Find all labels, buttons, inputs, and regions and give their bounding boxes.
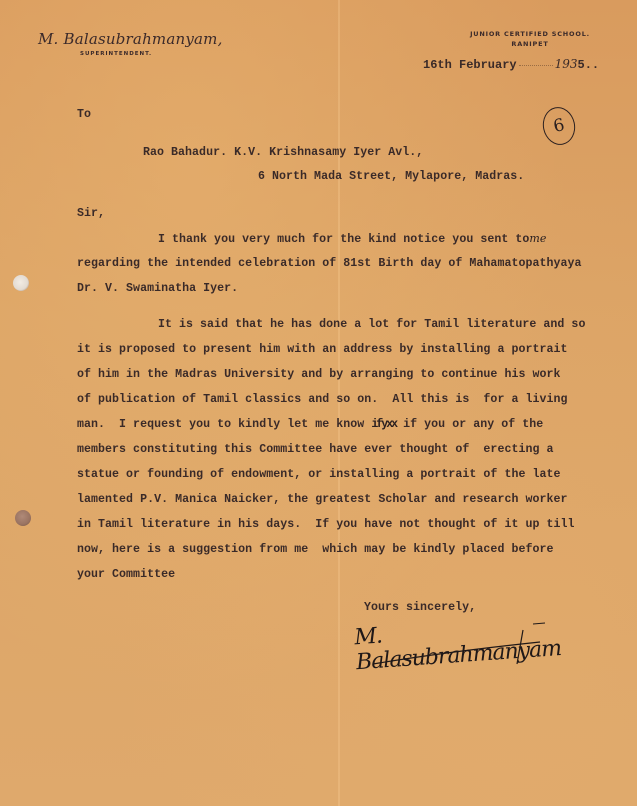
institution-name: JUNIOR CERTIFIED SCHOOL.: [470, 29, 590, 39]
valediction: Yours sincerely,: [364, 601, 476, 614]
struck-out-text: ifyxx: [371, 418, 396, 431]
to-label: To: [77, 108, 91, 121]
recipient-address: 6 North Mada Street, Mylapore, Madras.: [258, 170, 524, 183]
body-text: I thank you very much for the kind notic…: [158, 233, 529, 246]
handwritten-insert: me: [529, 232, 546, 245]
body-line: now, here is a suggestion from me which …: [77, 543, 554, 556]
body-line: I thank you very much for the kind notic…: [158, 232, 546, 246]
body-line: Dr. V. Swaminatha Iyer.: [77, 282, 238, 295]
body-line: regarding the intended celebration of 81…: [77, 257, 582, 270]
punch-hole: [15, 510, 31, 526]
letterhead-sender-title: SUPERINTENDENT.: [80, 51, 152, 57]
date-dotted-line: [519, 65, 553, 66]
greeting: Sir,: [77, 207, 105, 220]
body-line: in Tamil literature in his days. If you …: [77, 518, 575, 531]
letter-page: M. Balasubrahmanyam, SUPERINTENDENT. JUN…: [0, 0, 637, 806]
body-text: if you or any of the: [403, 418, 543, 431]
date-year-typed: 5..: [578, 58, 600, 72]
body-line: members constituting this Committee have…: [77, 443, 554, 456]
letterhead-sender-name: M. Balasubrahmanyam,: [38, 30, 223, 48]
date-day-month: 16th February: [423, 58, 517, 72]
body-text: I request you to kindly let me know: [119, 418, 364, 431]
body-line: of publication of Tamil classics and so …: [77, 393, 568, 406]
letter-date: 16th February1935..: [423, 57, 599, 72]
body-line: It is said that he has done a lot for Ta…: [158, 318, 585, 331]
signature: M. Balasubrahmanyam: [355, 618, 565, 668]
body-line: lamented P.V. Manica Naicker, the greate…: [77, 493, 568, 506]
body-line: of him in the Madras University and by a…: [77, 368, 561, 381]
body-text: man.: [77, 418, 105, 431]
body-line: man. I request you to kindly let me know…: [77, 418, 543, 431]
recipient-name: Rao Bahadur. K.V. Krishnasamy Iyer Avl.,: [143, 146, 423, 159]
signature-flourish-icon: [355, 618, 565, 668]
circled-page-number: 6: [539, 104, 578, 148]
body-line: your Committee: [77, 568, 175, 581]
institution-location: RANIPET: [470, 39, 590, 49]
punch-hole: [13, 275, 29, 291]
body-line: statue or founding of endowment, or inst…: [77, 468, 561, 481]
date-year-printed: 193: [555, 57, 578, 71]
body-line: it is proposed to present him with an ad…: [77, 343, 568, 356]
letterhead-institution: JUNIOR CERTIFIED SCHOOL. RANIPET: [470, 29, 590, 49]
